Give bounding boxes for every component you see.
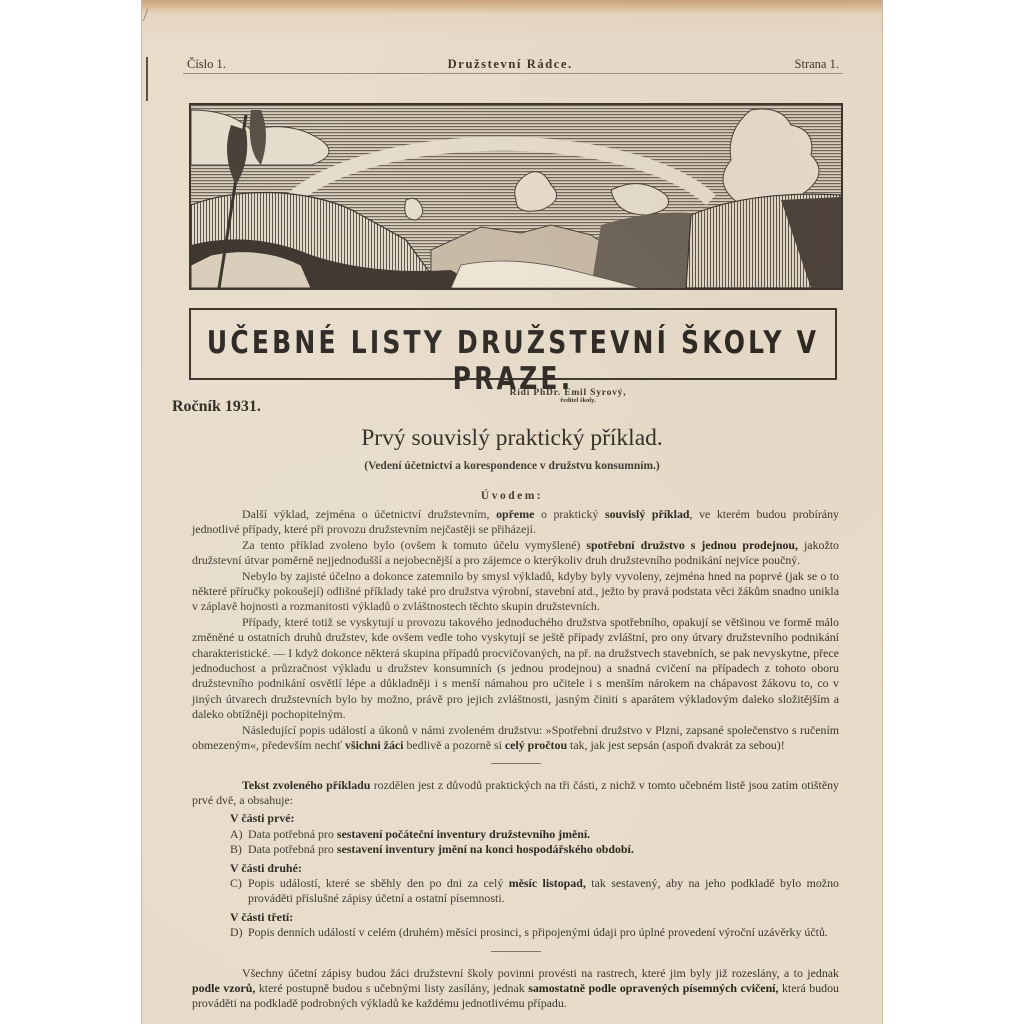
text-intro-paragraph: Tekst zvoleného příkladu rozdělen jest z… <box>192 778 839 809</box>
body-paragraph: Nebylo by zajisté účelno a dokonce zatem… <box>192 569 839 615</box>
part-heading: V části prvé: <box>230 811 839 826</box>
publication-name: Družstevní Rádce. <box>448 57 573 72</box>
emphasized-text: sestavení počáteční inventury družstevní… <box>337 827 590 841</box>
part-item: A)Data potřebná pro sestavení počáteční … <box>230 827 839 842</box>
emphasized-text: sestavení inventury jmění na konci hospo… <box>337 842 634 856</box>
emphasized-text: samostatně podle opravených písemných cv… <box>528 981 778 995</box>
intro-heading: Úvodem: <box>141 490 883 502</box>
part-heading: V části druhé: <box>230 861 839 876</box>
text-run: Data potřebná pro <box>248 827 337 841</box>
text-run: Všechny účetní zápisy budou žáci družste… <box>242 966 839 980</box>
item-label: A) <box>230 827 248 842</box>
text-run: které postupně budou s učebnými listy za… <box>255 981 528 995</box>
masthead-title: UČEBNÉ LISTY DRUŽSTEVNÍ ŠKOLY V PRAZE. <box>191 324 835 397</box>
section-divider <box>491 763 541 764</box>
masthead-box: UČEBNÉ LISTY DRUŽSTEVNÍ ŠKOLY V PRAZE. Ř… <box>189 308 837 380</box>
binding-mark <box>146 57 148 101</box>
item-label: C) <box>230 876 248 891</box>
body-paragraph: Za tento příklad zvoleno bylo (ovšem k t… <box>192 538 839 569</box>
text-run: Popis denních událostí v celém (druhém) … <box>248 925 828 939</box>
page-corner-mark <box>143 9 154 21</box>
item-label: B) <box>230 842 248 857</box>
text-run: bedlivě a pozorně si <box>403 738 504 752</box>
emphasized-text: souvislý příklad <box>605 507 690 521</box>
part-heading: V části třetí: <box>230 910 839 925</box>
document-page: Číslo 1. Družstevní Rádce. Strana 1. <box>141 0 883 1024</box>
parts-list: V části prvé:A)Data potřebná pro sestave… <box>192 811 839 940</box>
body-paragraph: Následující popis událostí a úkonů v nám… <box>192 723 839 754</box>
text-run: Popis událostí, které se sběhly den po d… <box>248 876 509 890</box>
masthead-editor-role: ředitel školy. <box>321 397 835 404</box>
text-run: tak, jak jest sepsán (aspoň dvakrát za s… <box>567 738 785 752</box>
emphasized-text: spotřební družstvo s jednou prodejnou, <box>586 538 798 552</box>
text-run: Data potřebná pro <box>248 842 337 856</box>
part-item: B)Data potřebná pro sestavení inventury … <box>230 842 839 857</box>
section-divider <box>491 951 541 952</box>
text-run: Další výklad, zejména o účetnictví družs… <box>242 507 496 521</box>
header-rule <box>183 73 843 74</box>
woodcut-landscape-image <box>191 105 841 288</box>
part-item: D)Popis denních událostí v celém (druhém… <box>230 925 839 940</box>
landscape-illustration <box>189 103 843 290</box>
body-paragraph: Další výklad, zejména o účetnictví družs… <box>192 507 839 538</box>
text-run: Za tento příklad zvoleno bylo (ovšem k t… <box>242 538 586 552</box>
emphasized-text: opřeme <box>496 507 534 521</box>
intro-paragraphs: Další výklad, zejména o účetnictví družs… <box>192 507 839 754</box>
item-label: D) <box>230 925 248 940</box>
page-number: Strana 1. <box>795 57 839 72</box>
emphasized-text: podle vzorů, <box>192 981 255 995</box>
emphasized-text: měsíc listopad, <box>509 876 586 890</box>
text-run: Případy, které totiž se vyskytují u prov… <box>192 615 839 721</box>
text-run: Nebylo by zajisté účelno a dokonce zatem… <box>192 569 839 614</box>
article-body: Další výklad, zejména o účetnictví družs… <box>192 507 839 1012</box>
emphasized-text: celý pročtou <box>505 738 567 752</box>
running-head: Číslo 1. Družstevní Rádce. Strana 1. <box>187 56 839 72</box>
part-item: C)Popis událostí, které se sběhly den po… <box>230 876 839 907</box>
article-subtitle: (Vedení účetnictví a korespondence v dru… <box>141 460 883 472</box>
emphasized-text: Tekst zvoleného příkladu <box>242 778 370 792</box>
volume-label: Ročník 1931. <box>172 398 261 416</box>
issue-number: Číslo 1. <box>187 57 226 72</box>
emphasized-text: všichni žáci <box>345 738 403 752</box>
body-paragraph: Případy, které totiž se vyskytují u prov… <box>192 615 839 723</box>
article-title: Prvý souvislý praktický příklad. <box>141 425 883 452</box>
closing-paragraph: Všechny účetní zápisy budou žáci družste… <box>192 966 839 1012</box>
text-run: o praktický <box>534 507 605 521</box>
